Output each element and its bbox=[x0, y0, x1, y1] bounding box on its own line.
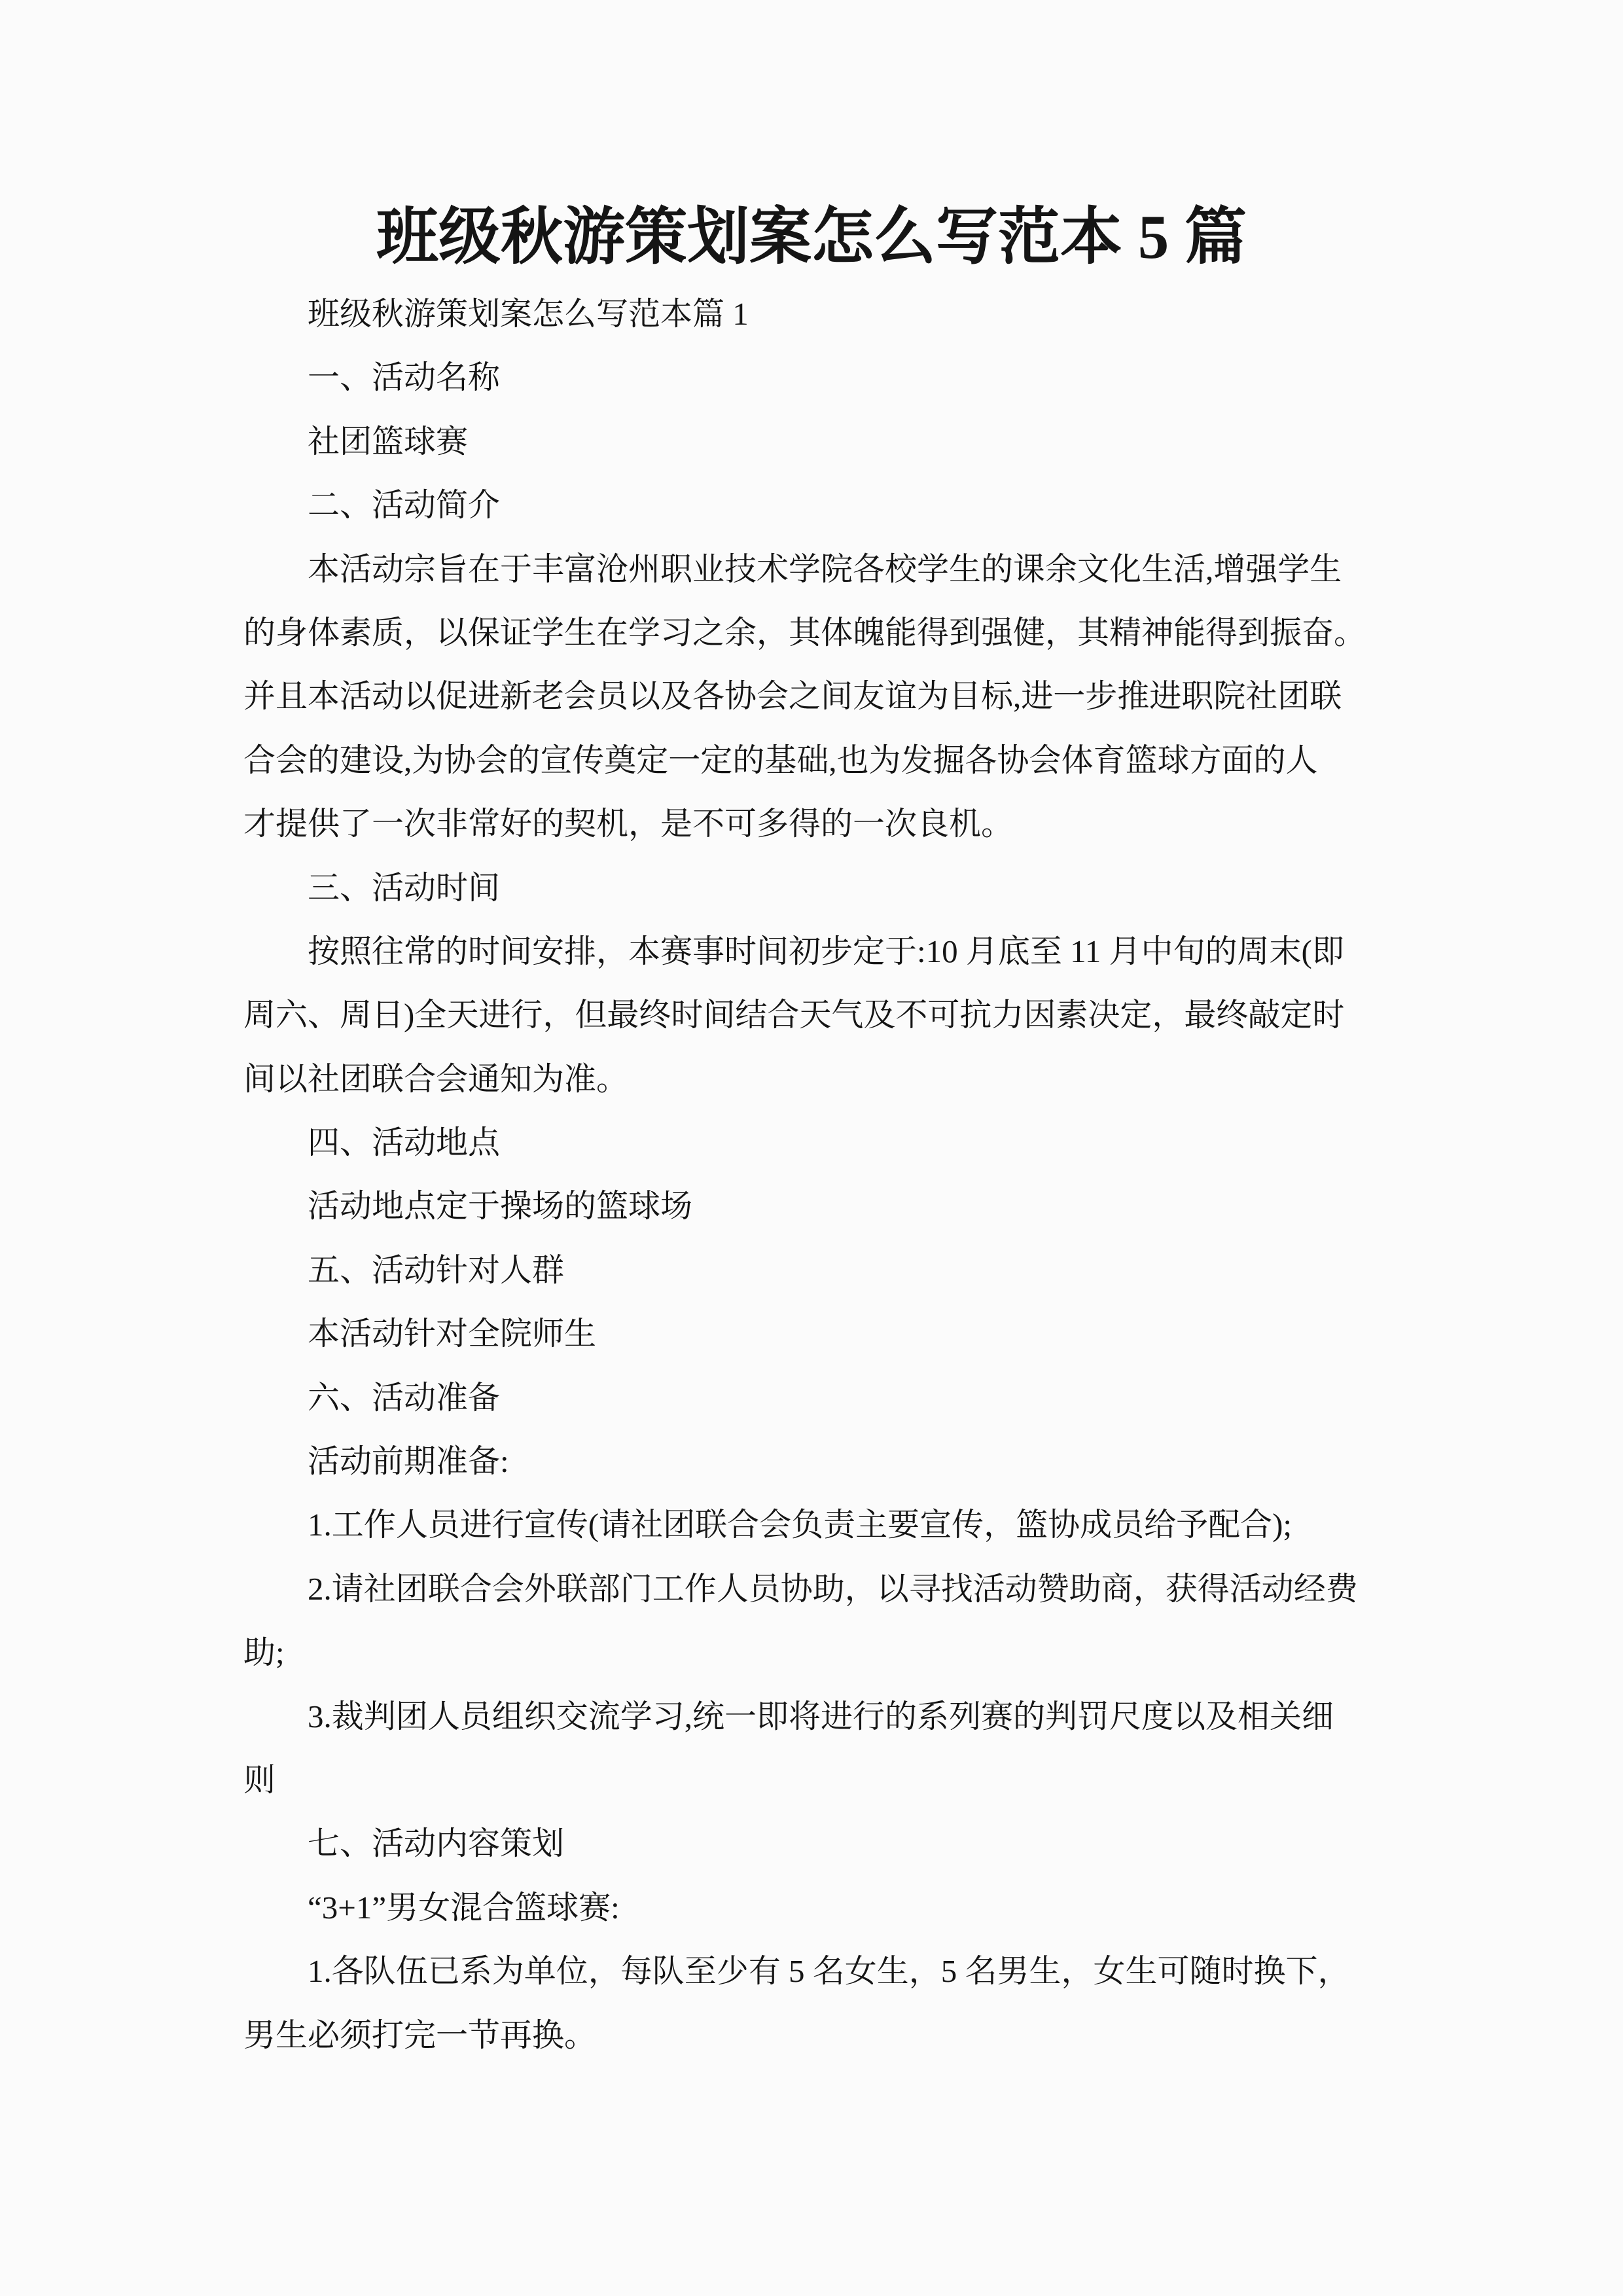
text-line: “3+1”男女混合篮球赛: bbox=[243, 1876, 1380, 1939]
text-line: 并且本活动以促进新老会员以及各协会之间友谊为目标,进一步推进职院社团联 bbox=[243, 664, 1380, 728]
document-body: 班级秋游策划案怎么写范本篇 1一、活动名称社团篮球赛二、活动简介本活动宗旨在于丰… bbox=[243, 282, 1380, 2067]
text-line: 七、活动内容策划 bbox=[243, 1812, 1380, 1875]
text-line: 的身体素质，以保证学生在学习之余，其体魄能得到强健，其精神能得到振奋。 bbox=[243, 601, 1380, 664]
text-line: 1.各队伍已系为单位，每队至少有 5 名女生，5 名男生，女生可随时换下， bbox=[243, 1939, 1380, 2003]
text-line: 合会的建设,为协会的宣传奠定一定的基础,也为发掘各协会体育篮球方面的人 bbox=[243, 728, 1380, 792]
text-line: 周六、周日)全天进行，但最终时间结合天气及不可抗力因素决定，最终敲定时 bbox=[243, 983, 1380, 1047]
text-line: 四、活动地点 bbox=[243, 1111, 1380, 1174]
document-page: 班级秋游策划案怎么写范本 5 篇 班级秋游策划案怎么写范本篇 1一、活动名称社团… bbox=[0, 0, 1623, 2296]
text-line: 五、活动针对人群 bbox=[243, 1238, 1380, 1302]
text-line: 间以社团联合会通知为准。 bbox=[243, 1047, 1380, 1111]
text-line: 二、活动简介 bbox=[243, 473, 1380, 537]
text-line: 助; bbox=[243, 1621, 1380, 1684]
text-line: 1.工作人员进行宣传(请社团联合会负责主要宣传，篮协成员给予配合); bbox=[243, 1493, 1380, 1556]
text-line: 六、活动准备 bbox=[243, 1366, 1380, 1429]
text-line: 活动前期准备: bbox=[243, 1429, 1380, 1493]
text-line: 活动地点定于操场的篮球场 bbox=[243, 1174, 1380, 1238]
text-line: 三、活动时间 bbox=[243, 856, 1380, 920]
text-line: 3.裁判团人员组织交流学习,统一即将进行的系列赛的判罚尺度以及相关细 bbox=[243, 1685, 1380, 1748]
text-line: 本活动宗旨在于丰富沧州职业技术学院各校学生的课余文化生活,增强学生 bbox=[243, 537, 1380, 601]
text-line: 2.请社团联合会外联部门工作人员协助，以寻找活动赞助商，获得活动经费 bbox=[243, 1557, 1380, 1621]
text-line: 班级秋游策划案怎么写范本篇 1 bbox=[243, 282, 1380, 346]
text-line: 才提供了一次非常好的契机，是不可多得的一次良机。 bbox=[243, 792, 1380, 855]
text-line: 按照往常的时间安排，本赛事时间初步定于:10 月底至 11 月中旬的周末(即 bbox=[243, 920, 1380, 983]
text-line: 则 bbox=[243, 1748, 1380, 1812]
text-line: 男生必须打完一节再换。 bbox=[243, 2003, 1380, 2067]
text-line: 一、活动名称 bbox=[243, 346, 1380, 409]
text-line: 本活动针对全院师生 bbox=[243, 1302, 1380, 1365]
text-line: 社团篮球赛 bbox=[243, 410, 1380, 473]
document-title: 班级秋游策划案怎么写范本 5 篇 bbox=[0, 198, 1623, 276]
